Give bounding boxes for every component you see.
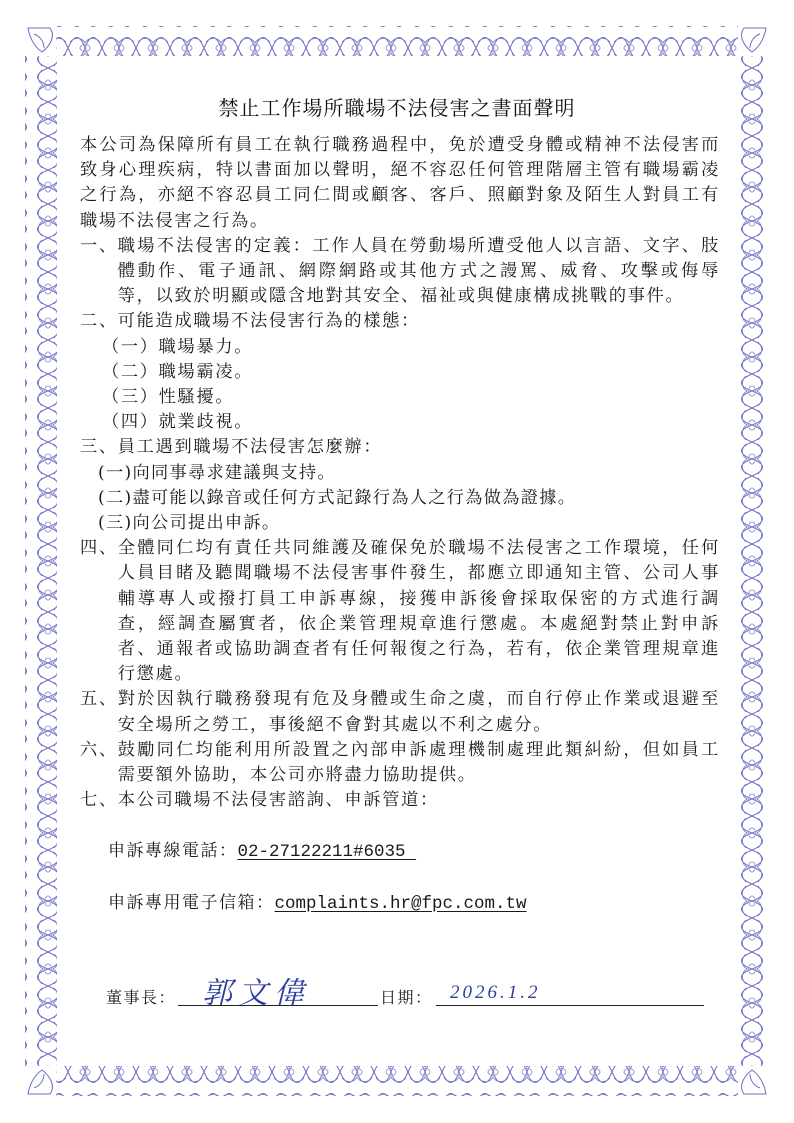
section-text: 對於因執行職務發現有危及身體或生命之虞，而自行停止作業或退避至安全場所之勞工，事…	[118, 687, 720, 737]
list-item: (三)向公司提出申訴。	[80, 511, 720, 536]
signature-row: 董事長： 郭文偉 日期： 2026.1.2	[106, 982, 726, 1012]
list-item: （四）就業歧視。	[80, 410, 720, 435]
email-label: 申訴專用電子信箱：	[108, 893, 275, 913]
list-item: （三）性騷擾。	[80, 385, 720, 410]
section-text: 本公司職場不法侵害諮詢、申訴管道：	[118, 788, 720, 813]
underline-tail	[406, 842, 417, 862]
section-1: 一、 職場不法侵害的定義：工作人員在勞動場所遭受他人以言語、文字、肢體動作、電子…	[80, 234, 720, 310]
section-number: 三、	[80, 435, 118, 460]
section-number: 五、	[80, 687, 118, 737]
date-value: 2026.1.2	[450, 982, 541, 1004]
section-number: 一、	[80, 234, 118, 310]
section-number: 七、	[80, 788, 118, 813]
list-item: （二）職場霸凌。	[80, 360, 720, 385]
section-number: 四、	[80, 536, 118, 687]
section-3: 三、 員工遇到職場不法侵害怎麼辦：	[80, 435, 720, 460]
list-item: (一)向同事尋求建議與支持。	[80, 461, 720, 486]
section-number: 六、	[80, 738, 118, 788]
section-text: 可能造成職場不法侵害行為的樣態：	[118, 309, 720, 334]
section-text: 鼓勵同仁均能利用所設置之內部申訴處理機制處理此類糾紛，但如員工需要額外協助，本公…	[118, 738, 720, 788]
date-label: 日期：	[380, 985, 433, 1008]
section-text: 全體同仁均有責任共同維護及確保免於職場不法侵害之工作環境，任何人員目睹及聽聞職場…	[118, 536, 720, 687]
chairman-signature: 郭文偉	[202, 968, 310, 1012]
document-title: 禁止工作場所職場不法侵害之書面聲明	[0, 92, 794, 121]
section-4: 四、 全體同仁均有責任共同維護及確保免於職場不法侵害之工作環境，任何人員目睹及聽…	[80, 536, 720, 687]
section-5: 五、 對於因執行職務發現有危及身體或生命之虞，而自行停止作業或退避至安全場所之勞…	[80, 687, 720, 737]
section-text: 職場不法侵害的定義：工作人員在勞動場所遭受他人以言語、文字、肢體動作、電子通訊、…	[118, 234, 720, 310]
section-text: 員工遇到職場不法侵害怎麼辦：	[118, 435, 720, 460]
chairman-label: 董事長：	[106, 985, 176, 1008]
intro-paragraph: 本公司為保障所有員工在執行職務過程中，免於遭受身體或精神不法侵害而致身心理疾病，…	[80, 133, 720, 234]
list-item: (二)盡可能以錄音或任何方式記錄行為人之行為做為證據。	[80, 486, 720, 511]
email-link[interactable]: complaints.hr@fpc.com.tw	[275, 894, 527, 914]
email-row: 申訴專用電子信箱：complaints.hr@fpc.com.tw	[108, 888, 527, 914]
hotline-label: 申訴專線電話：	[108, 841, 238, 861]
hotline-row: 申訴專線電話：02-27122211#6035	[108, 836, 416, 862]
section-7: 七、 本公司職場不法侵害諮詢、申訴管道：	[80, 788, 720, 813]
hotline-number[interactable]: 02-27122211#6035	[238, 842, 406, 862]
section-6: 六、 鼓勵同仁均能利用所設置之內部申訴處理機制處理此類糾紛，但如員工需要額外協助…	[80, 738, 720, 788]
document-body: 本公司為保障所有員工在執行職務過程中，免於遭受身體或精神不法侵害而致身心理疾病，…	[80, 133, 720, 813]
section-number: 二、	[80, 309, 118, 334]
list-item: （一）職場暴力。	[80, 335, 720, 360]
section-2: 二、 可能造成職場不法侵害行為的樣態：	[80, 309, 720, 334]
date-line	[436, 1005, 704, 1006]
